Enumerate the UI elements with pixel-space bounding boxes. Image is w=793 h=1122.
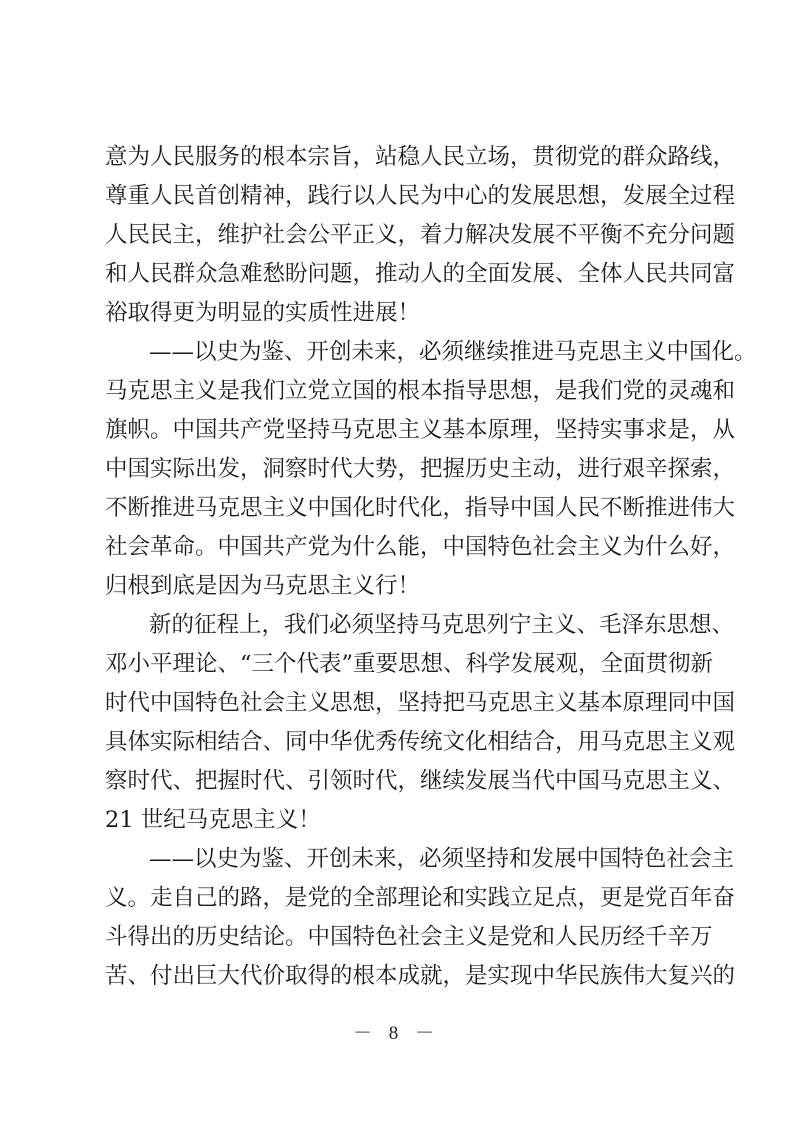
text-line: 中国实际出发，洞察时代大势，把握历史主动，进行艰辛探索， [105,450,697,489]
text-line: 苦、付出巨大代价取得的根本成就，是实现中华民族伟大复兴的 [105,957,697,996]
text-line: 尊重人民首创精神，践行以人民为中心的发展思想，发展全过程 [105,177,697,216]
text-line: 斗得出的历史结论。中国特色社会主义是党和人民历经千辛万 [105,918,697,957]
body-text: 意为人民服务的根本宗旨，站稳人民立场，贯彻党的群众路线， 尊重人民首创精神，践行… [105,138,697,996]
text-line: 时代中国特色社会主义思想，坚持把马克思主义基本原理同中国 [105,684,697,723]
text-line: 义。走自己的路，是党的全部理论和实践立足点，更是党百年奋 [105,879,697,918]
text-line: 察时代、把握时代、引领时代，继续发展当代中国马克思主义、 [105,762,697,801]
text-line: 21 世纪马克思主义！ [105,801,697,840]
text-line: 人民民主，维护社会公平正义，着力解决发展不平衡不充分问题 [105,216,697,255]
text-line: 意为人民服务的根本宗旨，站稳人民立场，贯彻党的群众路线， [105,138,697,177]
text-line: 归根到底是因为马克思主义行！ [105,567,697,606]
paragraph-start-line: ——以史为鉴、开创未来，必须坚持和发展中国特色社会主 [105,840,697,879]
text-line: 裕取得更为明显的实质性进展！ [105,294,697,333]
paragraph-start-line: 新的征程上，我们必须坚持马克思列宁主义、毛泽东思想、 [105,606,697,645]
text-line: 具体实际相结合、同中华优秀传统文化相结合，用马克思主义观 [105,723,697,762]
text-line: 马克思主义是我们立党立国的根本指导思想，是我们党的灵魂和 [105,372,697,411]
page-number: － 8 － [0,1018,793,1045]
document-page: 意为人民服务的根本宗旨，站稳人民立场，贯彻党的群众路线， 尊重人民首创精神，践行… [0,0,793,1122]
paragraph-start-line: ——以史为鉴、开创未来，必须继续推进马克思主义中国化。 [105,333,697,372]
text-line: 旗帜。中国共产党坚持马克思主义基本原理，坚持实事求是，从 [105,411,697,450]
text-line: 邓小平理论、“三个代表”重要思想、科学发展观，全面贯彻新 [105,645,697,684]
text-line: 不断推进马克思主义中国化时代化，指导中国人民不断推进伟大 [105,489,697,528]
text-line: 和人民群众急难愁盼问题，推动人的全面发展、全体人民共同富 [105,255,697,294]
text-line: 社会革命。中国共产党为什么能，中国特色社会主义为什么好， [105,528,697,567]
